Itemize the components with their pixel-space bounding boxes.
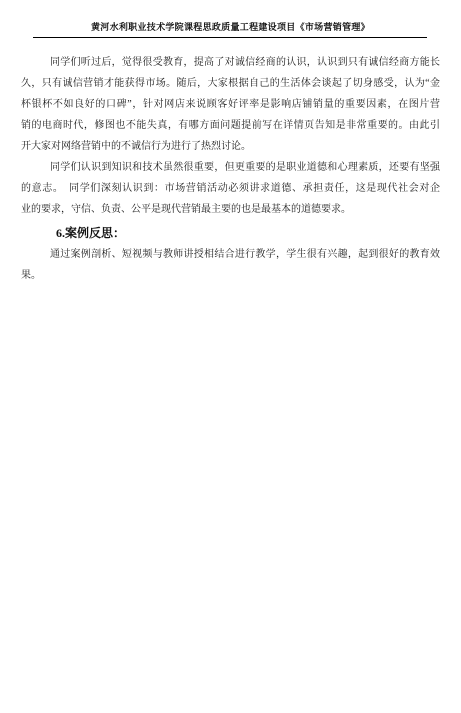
document-page: 黄河水利职业技术学院课程思政质量工程建设项目《市场营销管理》 同学们听过后，觉得… <box>0 0 461 713</box>
body-line: 果。 <box>21 265 440 286</box>
body-line: 杯银杯不如良好的口碑”，针对网店来说顾客好评率是影响店铺销量的重要因素，在图片营 <box>21 94 440 115</box>
body-line: 开大家对网络营销中的不诚信行为进行了热烈讨论。 <box>21 136 440 157</box>
header-title: 黄河水利职业技术学院课程思政质量工程建设项目《市场营销管理》 <box>0 20 461 33</box>
body-line: 同学们听过后，觉得很受教育，提高了对诚信经商的认识，认识到只有诚信经商方能长 <box>21 52 440 73</box>
paragraph-3: 通过案例剖析、短视频与教师讲授相结合进行教学，学生很有兴趣，起到很好的教育效 果… <box>21 244 440 286</box>
body-line: 通过案例剖析、短视频与教师讲授相结合进行教学，学生很有兴趣，起到很好的教育效 <box>21 244 440 265</box>
body-line: 的意志。 同学们深刻认识到：市场营销活动必须讲求道德、承担责任，这是现代社会对企 <box>21 178 440 199</box>
paragraph-2: 同学们认识到知识和技术虽然很重要，但更重要的是职业道德和心理素质，还要有坚强 的… <box>21 157 440 220</box>
body-line: 销的电商时代，修图也不能失真，有哪方面问题提前写在详情页告知是非常重要的。由此引 <box>21 115 440 136</box>
paragraph-1: 同学们听过后，觉得很受教育，提高了对诚信经商的认识，认识到只有诚信经商方能长 久… <box>21 52 440 157</box>
document-body: 同学们听过后，觉得很受教育，提高了对诚信经商的认识，认识到只有诚信经商方能长 久… <box>21 52 440 286</box>
body-line: 同学们认识到知识和技术虽然很重要，但更重要的是职业道德和心理素质，还要有坚强 <box>21 157 440 178</box>
header-rule <box>33 37 427 38</box>
body-line: 久，只有诚信营销才能获得市场。随后，大家根据自己的生活体会谈起了切身感受，认为“… <box>21 73 440 94</box>
body-line: 业的要求，守信、负责、公平是现代营销最主要的也是最基本的道德要求。 <box>21 199 440 220</box>
section-heading-case-reflection: 6.案例反思： <box>21 223 440 244</box>
